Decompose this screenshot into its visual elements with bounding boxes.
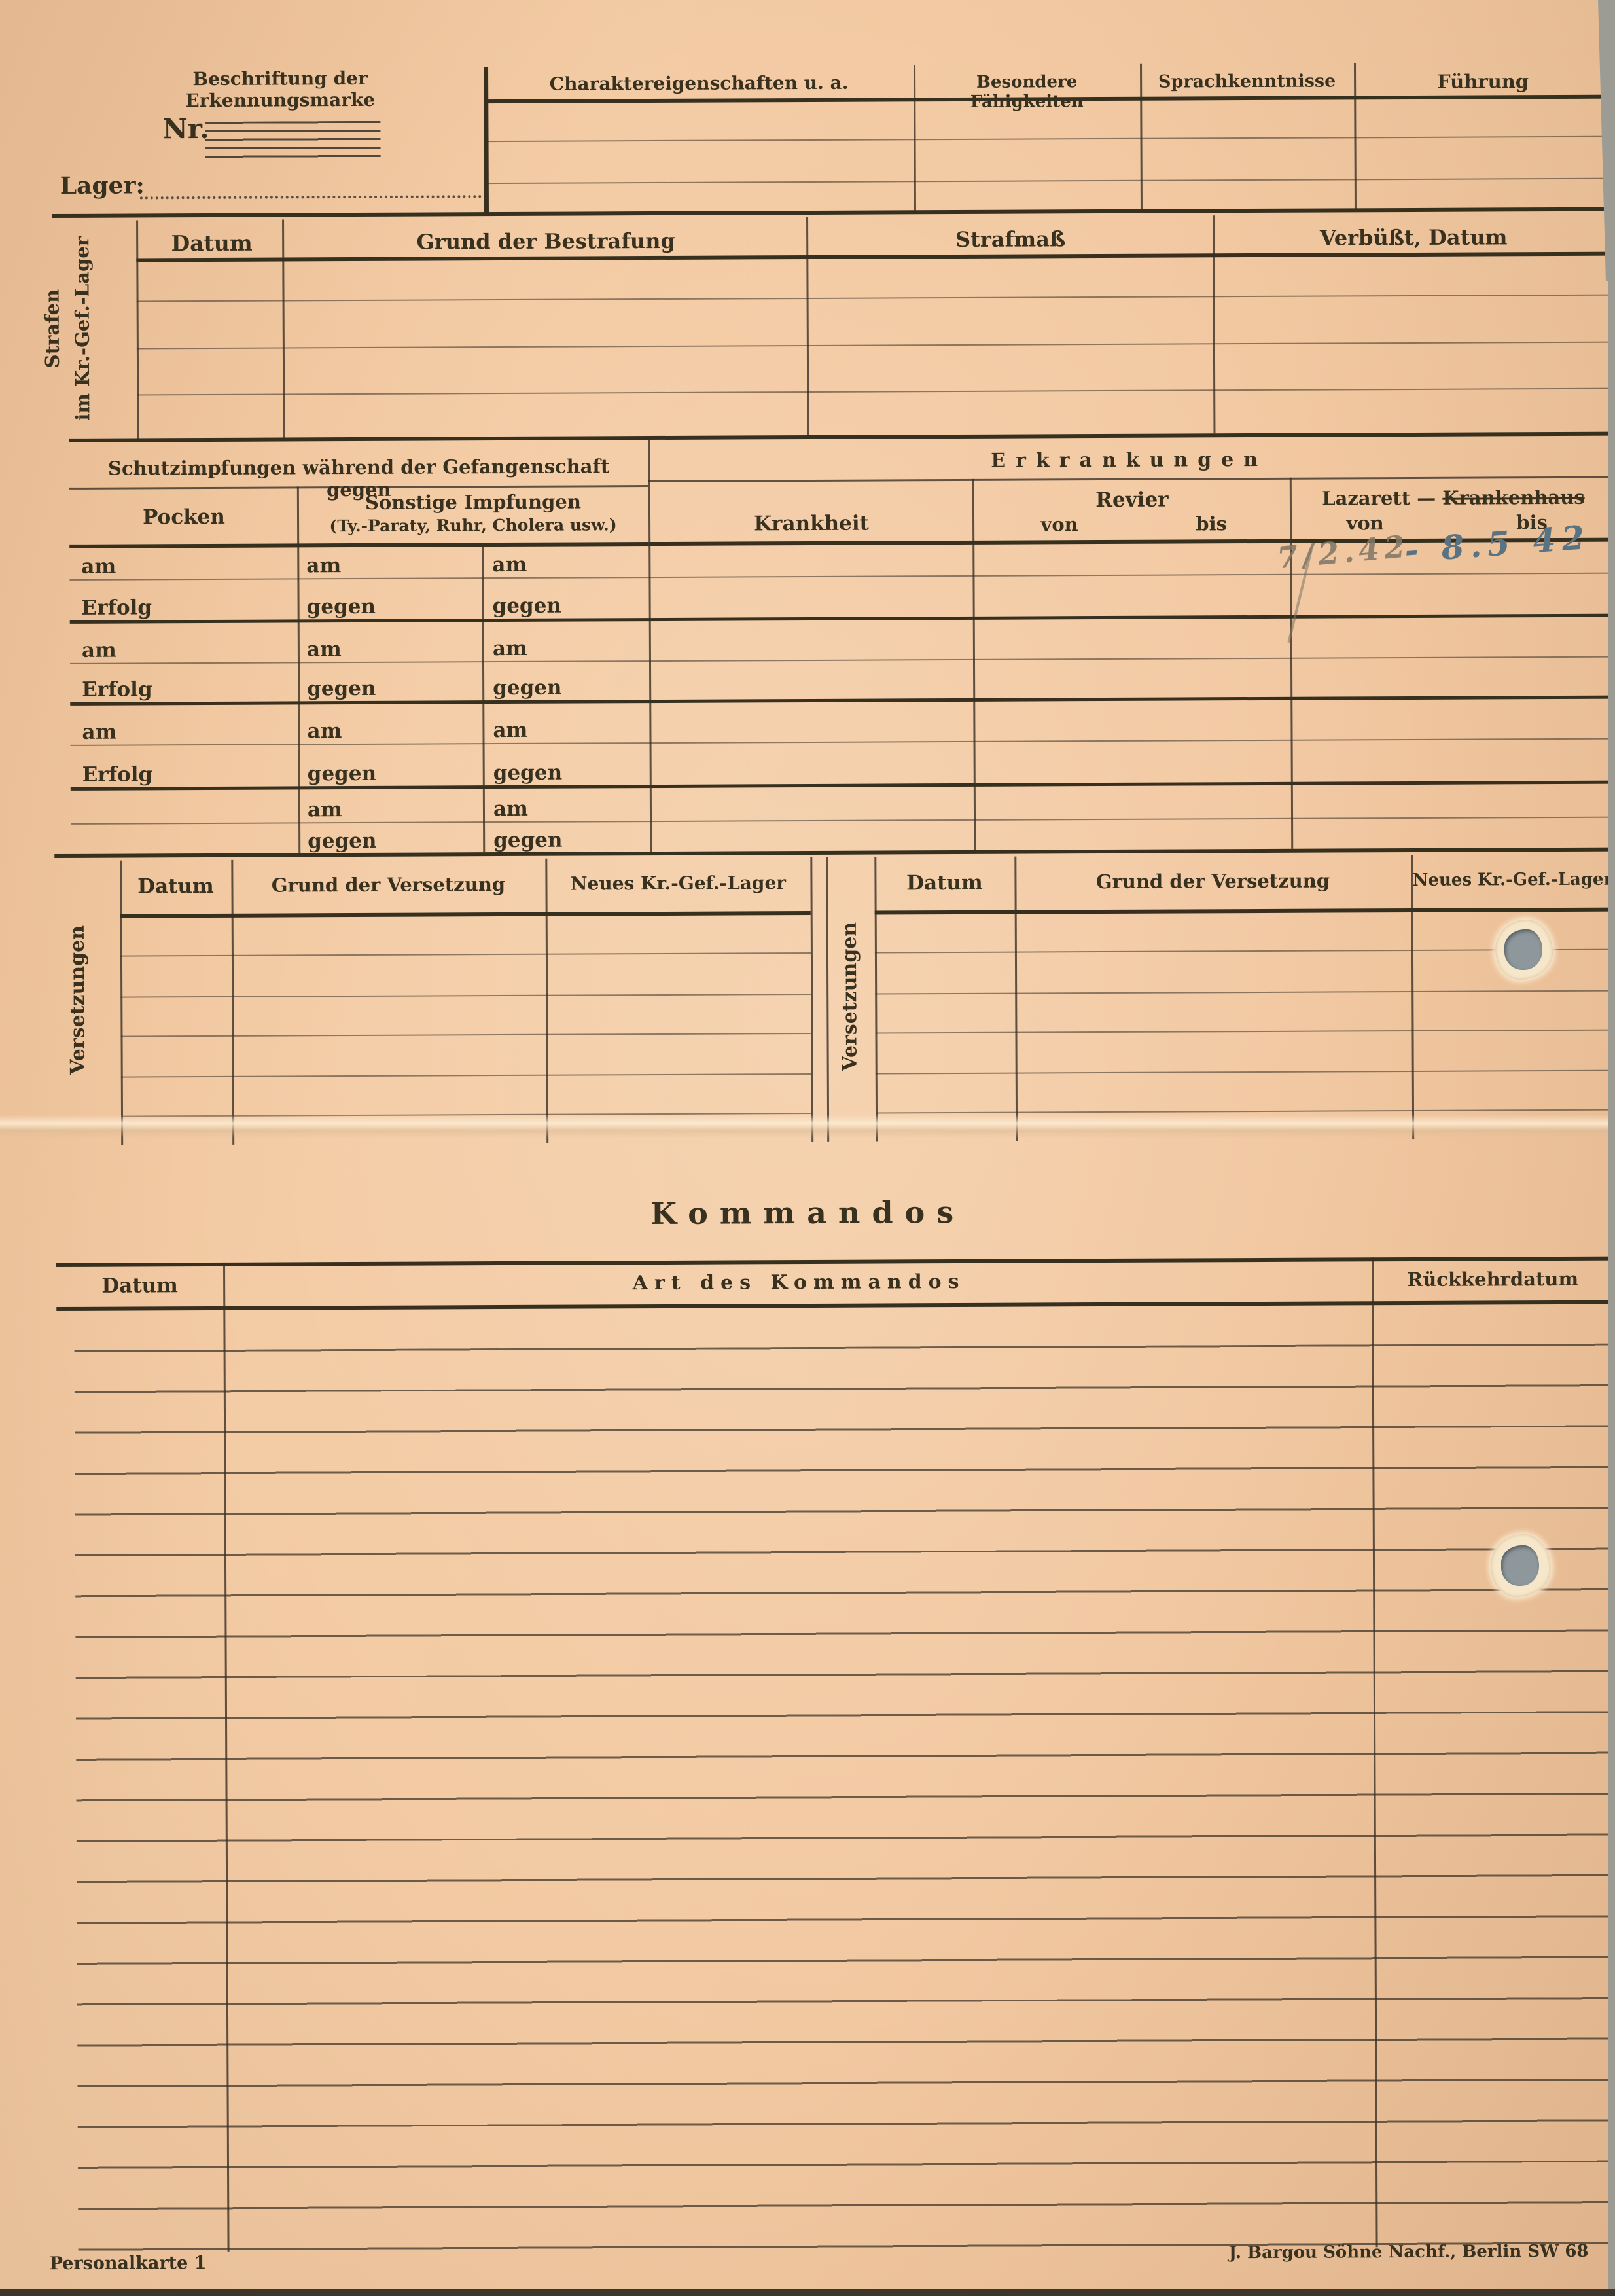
rule [297, 486, 300, 853]
revier-bis-label: bis [1162, 512, 1260, 535]
rule [70, 656, 1613, 664]
versetzungen-l-col-datum: Datum [124, 874, 226, 899]
rule [231, 860, 234, 1145]
strafen-col-verbuesst: Verbüßt, Datum [1217, 224, 1610, 251]
rule [69, 432, 1612, 442]
scan-background-right-edge [1608, 0, 1615, 2296]
rule [137, 295, 1612, 302]
sonstige-b-row-label: gegen [493, 761, 562, 785]
rule [875, 990, 1614, 995]
rule [826, 857, 829, 1142]
rule [1213, 215, 1215, 433]
sonstige-b-row-label: am [493, 797, 528, 821]
sonstige-b-row-label: gegen [493, 594, 561, 618]
col-header-sprachen: Sprachkenntnisse [1145, 71, 1349, 92]
pocken-row-label: am [82, 721, 116, 744]
kommandos-col-rueckkehr: Rückkehrdatum [1375, 1268, 1610, 1291]
rule [487, 178, 1611, 184]
erkennungsmarke-title: Beschriftung der Erkennungsmarke [97, 67, 463, 111]
rule [69, 542, 648, 548]
scanned-pow-card: { "card": { "footer_left": "Personalkart… [0, 0, 1615, 2296]
rule [806, 217, 809, 435]
versetzungen-l-col-lager: Neues Kr.-Gef.-Lager [550, 872, 806, 895]
strafen-col-strafmass: Strafmaß [811, 226, 1210, 253]
fold-crease [0, 1115, 1608, 1138]
col-header-fuehrung: Führung [1358, 70, 1607, 94]
nr-label: Nr. [162, 113, 209, 145]
rule [545, 859, 548, 1143]
lager-write-line [140, 175, 482, 199]
impfungen-col-sonstige-1: Sonstige Impfungen [300, 490, 647, 514]
versetzungen-side-label-left: Versetzungen [61, 859, 95, 1141]
rule [876, 1070, 1615, 1075]
rule [1411, 855, 1414, 1139]
sonstige-b-row-label: am [492, 553, 527, 577]
sonstige-a-row-label: gegen [308, 829, 376, 853]
sonstige-a-row-label: am [308, 798, 342, 821]
rule [1290, 478, 1293, 849]
revier-von-label: von [1010, 513, 1109, 536]
versetzungen-r-col-datum: Datum [879, 871, 1010, 895]
rule [482, 543, 485, 852]
lazarett-label: Lazarett — [1322, 487, 1436, 510]
impfungen-col-pocken: Pocken [73, 505, 295, 529]
punch-hole-top-opening [1504, 929, 1542, 970]
versetzungen-l-col-grund: Grund der Versetzung [236, 873, 541, 897]
rule [137, 388, 1612, 396]
rule [648, 436, 652, 852]
rule [876, 1109, 1615, 1114]
rule [137, 342, 1612, 350]
punch-hole-bottom-opening [1501, 1545, 1539, 1586]
sonstige-a-row-label: gegen [308, 762, 376, 785]
rule [1140, 64, 1143, 211]
sonstige-a-row-label: am [307, 637, 342, 661]
scan-bottom-edge [0, 2289, 1615, 2296]
footer-personalkarte-label: Personalkarte 1 [50, 2253, 207, 2274]
strafen-side-label-2: im Kr.-Gef.-Lager [67, 221, 98, 437]
rule [487, 136, 1611, 142]
sonstige-b-row-label: gegen [493, 676, 561, 700]
rule [136, 220, 139, 438]
rule [71, 738, 1614, 746]
krankenhaus-struck-label: Krankenhaus [1442, 486, 1584, 509]
erkrankungen-title: Erkrankungen [652, 447, 1607, 474]
rule [56, 1257, 1615, 1267]
sonstige-b-row-label: am [493, 637, 527, 660]
handwritten-lazarett-bis: - 8.5 42 [1403, 518, 1591, 570]
rule [120, 952, 811, 957]
rule [810, 857, 813, 1142]
pocken-row-label: Erfolg [82, 596, 152, 619]
strafen-col-datum: Datum [141, 230, 282, 256]
printed-content: Beschriftung der Erkennungsmarke Nr. Lag… [0, 0, 1615, 2296]
versetzungen-r-col-grund: Grund der Versetzung [1020, 869, 1406, 893]
sonstige-b-row-label: gegen [493, 829, 562, 852]
rule [52, 207, 1611, 218]
kommandos-row-rules [75, 1344, 1615, 2252]
rule [120, 911, 811, 918]
rule [282, 219, 285, 437]
nr-ruled-lines [205, 121, 380, 162]
handwritten-lazarett-von: 7/2.42 [1275, 528, 1411, 575]
rule [120, 861, 123, 1145]
sonstige-a-row-label: gegen [307, 677, 376, 700]
versetzungen-r-col-lager: Neues Kr.-Gef.-Lager [1411, 870, 1614, 890]
col-header-charakter: Charaktereigenschaften u. a. [493, 71, 905, 95]
kommandos-col-datum: Datum [60, 1274, 220, 1298]
col-header-faehigkeiten: Besondere Fähigkeiten [918, 72, 1135, 112]
pocken-row-label: Erfolg [82, 762, 153, 786]
versetzungen-side-label-middle: Versetzungen [833, 856, 867, 1138]
footer-printer-imprint: J. Bargou Söhne Nachf., Berlin SW 68 [1216, 2242, 1602, 2263]
rule [120, 994, 811, 998]
rule [69, 573, 1612, 581]
pocken-row-label: am [82, 639, 116, 662]
sonstige-a-row-label: am [307, 719, 342, 743]
pocken-row-label: am [81, 555, 116, 579]
strafen-side-label: Strafen im Kr.-Gef.-Lager [37, 221, 103, 437]
rule [70, 696, 1613, 706]
kommandos-col-art: Art des Kommandos [230, 1268, 1368, 1297]
strafen-side-label-1: Strafen [37, 221, 67, 437]
erkrankungen-col-lazarett: Lazarett — Krankenhaus [1303, 486, 1604, 510]
rule [120, 1033, 811, 1037]
lager-label: Lager: [60, 171, 145, 200]
erkrankungen-col-krankheit: Krankheit [652, 511, 971, 536]
impfungen-col-sonstige-2: (Ty.-Paraty, Ruhr, Cholera usw.) [300, 515, 647, 535]
rule [70, 614, 1613, 624]
sonstige-b-row-label: am [493, 719, 527, 742]
erkrankungen-col-revier: Revier [976, 488, 1288, 512]
rule [874, 857, 878, 1142]
sonstige-a-row-label: gegen [307, 595, 376, 619]
rule [1014, 857, 1018, 1141]
rule [121, 1073, 811, 1078]
strafen-col-grund: Grund der Bestrafung [287, 228, 804, 255]
rule [71, 817, 1614, 825]
rule [56, 1300, 1615, 1311]
rule [875, 908, 1614, 915]
kommandos-title: Kommandos [612, 1194, 1004, 1232]
rule [972, 479, 976, 850]
rule [71, 781, 1614, 791]
sonstige-a-row-label: am [306, 554, 341, 577]
rule [648, 476, 1612, 482]
rule [875, 1030, 1614, 1034]
pocken-row-label: Erfolg [82, 677, 152, 701]
